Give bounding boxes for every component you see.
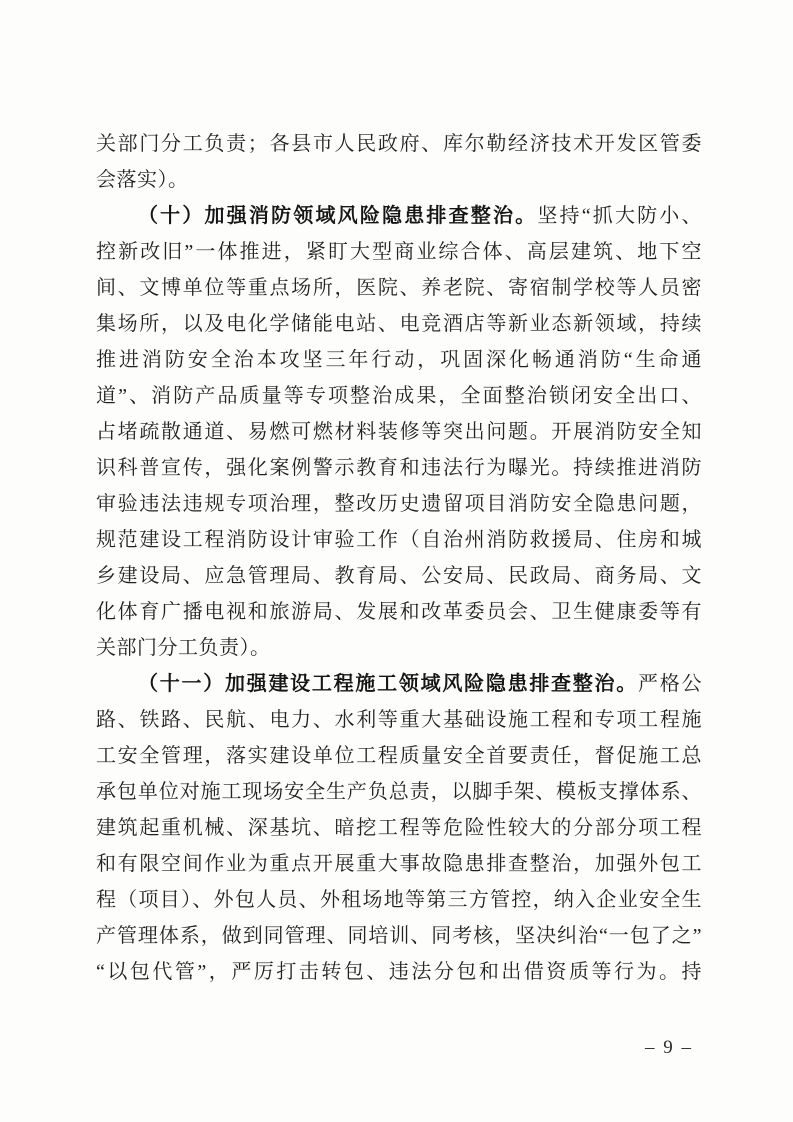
paragraph-heading: （十一）加强建设工程施工领域风险隐患排查整治。: [138, 673, 638, 695]
text-line: 推进消防安全治本攻坚三年行动，巩固深化畅通消防“生命通: [96, 342, 702, 378]
text-line: 控新改旧”一体推进，紧盯大型商业综合体、高层建筑、地下空: [96, 234, 702, 270]
paragraph-heading: （十）加强消防领域风险隐患排查整治。: [138, 205, 537, 227]
text-line: 关部门分工负责；各县市人民政府、库尔勒经济技术开发区管委: [96, 126, 702, 162]
text-line: 工安全管理，落实建设单位工程质量安全首要责任，督促施工总: [96, 738, 702, 774]
text-line: 道”、消防产品质量等专项整治成果，全面整治锁闭安全出口、: [96, 378, 702, 414]
text-line: 关部门分工负责）。: [96, 630, 702, 666]
text-line: 承包单位对施工现场安全生产负总责，以脚手架、模板支撑体系、: [96, 774, 702, 810]
text-line: 识科普宣传，强化案例警示教育和违法行为曝光。持续推进消防: [96, 450, 702, 486]
text-line: 审验违法违规专项治理，整改历史遗留项目消防安全隐患问题，: [96, 486, 702, 522]
text-line: 程（项目）、外包人员、外租场地等第三方管控，纳入企业安全生: [96, 882, 702, 918]
text-line: 路、铁路、民航、电力、水利等重大基础设施工程和专项工程施: [96, 702, 702, 738]
text-line: （十一）加强建设工程施工领域风险隐患排查整治。严格公: [96, 666, 702, 702]
page-number: – 9 –: [645, 1036, 693, 1060]
text-line: 化体育广播电视和旅游局、发展和改革委员会、卫生健康委等有: [96, 594, 702, 630]
document-page: 关部门分工负责；各县市人民政府、库尔勒经济技术开发区管委会落实）。（十）加强消防…: [0, 0, 793, 1122]
text-line: （十）加强消防领域风险隐患排查整治。坚持“抓大防小、: [96, 198, 702, 234]
text-line: 产管理体系，做到同管理、同培训、同考核，坚决纠治“一包了之”: [96, 918, 702, 954]
text-line: 和有限空间作业为重点开展重大事故隐患排查整治，加强外包工: [96, 846, 702, 882]
text-line: 集场所，以及电化学储能电站、电竞酒店等新业态新领域，持续: [96, 306, 702, 342]
text-line: 乡建设局、应急管理局、教育局、公安局、民政局、商务局、文: [96, 558, 702, 594]
text-line: 规范建设工程消防设计审验工作（自治州消防救援局、住房和城: [96, 522, 702, 558]
text-line: 占堵疏散通道、易燃可燃材料装修等突出问题。开展消防安全知: [96, 414, 702, 450]
text-line: 间、文博单位等重点场所，医院、养老院、寄宿制学校等人员密: [96, 270, 702, 306]
text-line: 建筑起重机械、深基坑、暗挖工程等危险性较大的分部分项工程: [96, 810, 702, 846]
text-block: 关部门分工负责；各县市人民政府、库尔勒经济技术开发区管委会落实）。（十）加强消防…: [96, 126, 702, 990]
text-line: 会落实）。: [96, 162, 702, 198]
text-line: “以包代管”，严厉打击转包、违法分包和出借资质等行为。持: [96, 954, 702, 990]
